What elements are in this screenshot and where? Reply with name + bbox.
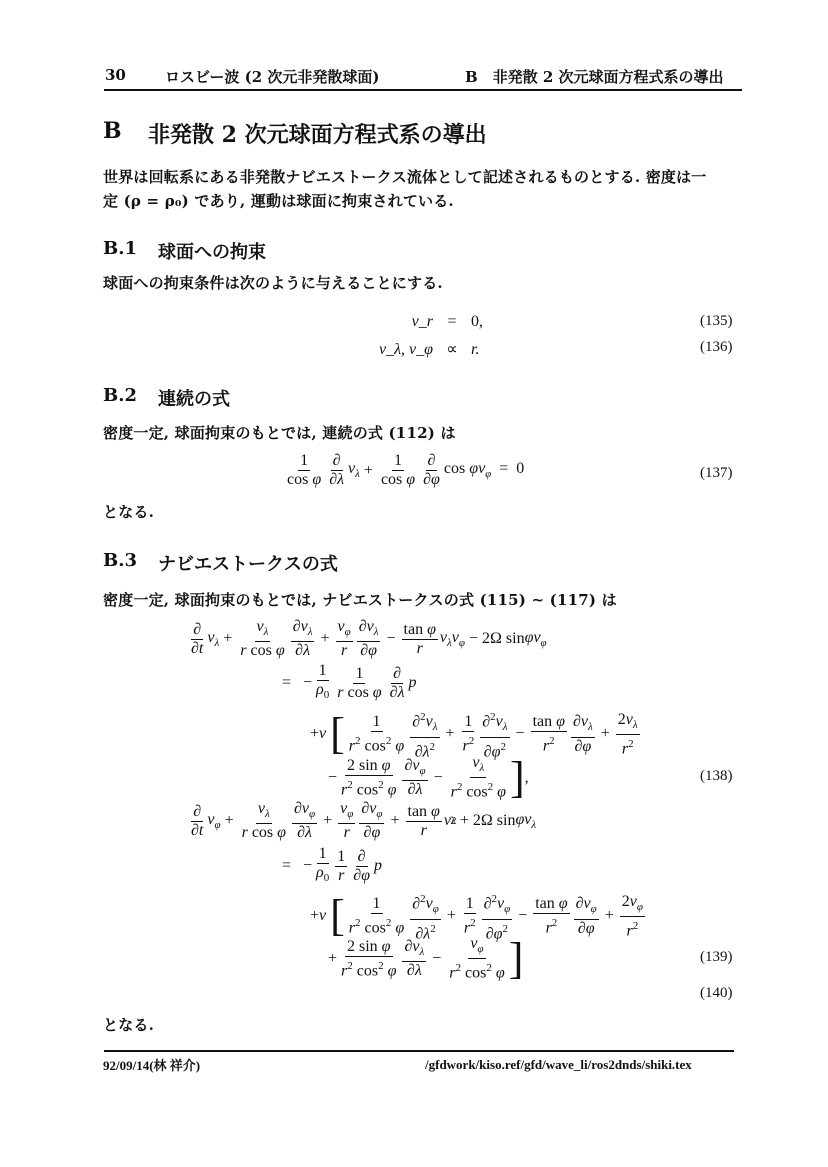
b3-after: となる. <box>103 1014 154 1035</box>
equation-138-line1: ∂∂tvλ + vλr cos φ ∂vλ∂λ + vφr ∂vλ∂φ − ta… <box>187 618 547 660</box>
equation-139-line2: = − 1ρ0 1r ∂∂φp <box>282 845 382 887</box>
subsection-label-b1: B.1 <box>103 238 137 259</box>
eqno-139: (139) <box>700 949 733 966</box>
equation-136: v_λ, v_φ ∝ r. <box>370 339 479 359</box>
eq135-rel: = <box>437 313 467 331</box>
eqno-136: (136) <box>700 339 733 356</box>
header-rule <box>104 89 742 91</box>
intro-line-2: 定 (ρ = ρ₀) であり, 運動は球面に拘束されている. <box>103 190 454 211</box>
equation-138-line3: +ν [ 1r2 cos2 φ ∂2vλ∂λ2 + 1r2 ∂2vλ∂φ2 − … <box>310 708 642 761</box>
intro-line-1: 世界は回転系にある非発散ナビエストークス流体として記述されるものとする. 密度は… <box>103 166 707 187</box>
b1-text: 球面への拘束条件は次のように与えることにする. <box>103 272 443 293</box>
equation-135: v_r = 0, <box>395 313 483 331</box>
equation-139-line1: ∂∂tvφ + vλr cos φ ∂vφ∂λ + vφr ∂vφ∂φ + ta… <box>187 800 536 842</box>
eq136-rhs: r. <box>471 341 479 358</box>
subsection-title-b3: ナビエストークスの式 <box>158 550 338 576</box>
section-label: B <box>103 118 122 144</box>
b3-text: 密度一定, 球面拘束のもとでは, ナビエストークスの式 (115) ~ (117… <box>103 589 617 610</box>
eqno-137: (137) <box>700 465 733 482</box>
eqno-135: (135) <box>700 313 733 330</box>
eq135-rhs: 0, <box>471 313 483 330</box>
section-title: 非発散 2 次元球面方程式系の導出 <box>148 118 487 149</box>
subsection-label-b2: B.2 <box>103 385 137 406</box>
subsection-label-b3: B.3 <box>103 550 137 571</box>
eq136-rel: ∝ <box>437 339 467 359</box>
subsection-title-b2: 連続の式 <box>158 385 230 411</box>
footer-file-path: /gfdwork/kiso.ref/gfd/wave_li/ros2dnds/s… <box>425 1057 692 1073</box>
eq136-lhs: v_λ, v_φ <box>370 341 433 359</box>
b2-text: 密度一定, 球面拘束のもとでは, 連続の式 (112) は <box>103 422 456 443</box>
footer-rule <box>104 1050 734 1052</box>
eq135-lhs: v_r <box>395 313 433 331</box>
equation-138-line2: = − 1ρ0 1r cos φ ∂∂λp <box>282 662 417 704</box>
header-page-number: 30 <box>105 66 126 84</box>
eqno-140: (140) <box>700 985 733 1002</box>
subsection-title-b1: 球面への拘束 <box>158 238 266 264</box>
footer-date-author: 92/09/14(林 祥介) <box>103 1055 200 1074</box>
header-chapter-title: ロスビー波 (2 次元非発散球面) <box>165 66 379 87</box>
equation-138-line4: −2 sin φr2 cos2 φ ∂vφ∂λ − vλr2 cos2 φ ], <box>328 754 529 802</box>
b2-after: となる. <box>103 501 154 522</box>
eqno-138: (138) <box>700 768 733 785</box>
equation-137: 1cos φ ∂∂λ vλ + 1cos φ ∂∂φ cos φvφ = 0 <box>283 452 524 489</box>
equation-139-line4: +2 sin φr2 cos2 φ ∂vλ∂λ − vφr2 cos2 φ ] <box>328 935 523 983</box>
header-section-title: B 非発散 2 次元球面方程式系の導出 <box>465 66 724 87</box>
